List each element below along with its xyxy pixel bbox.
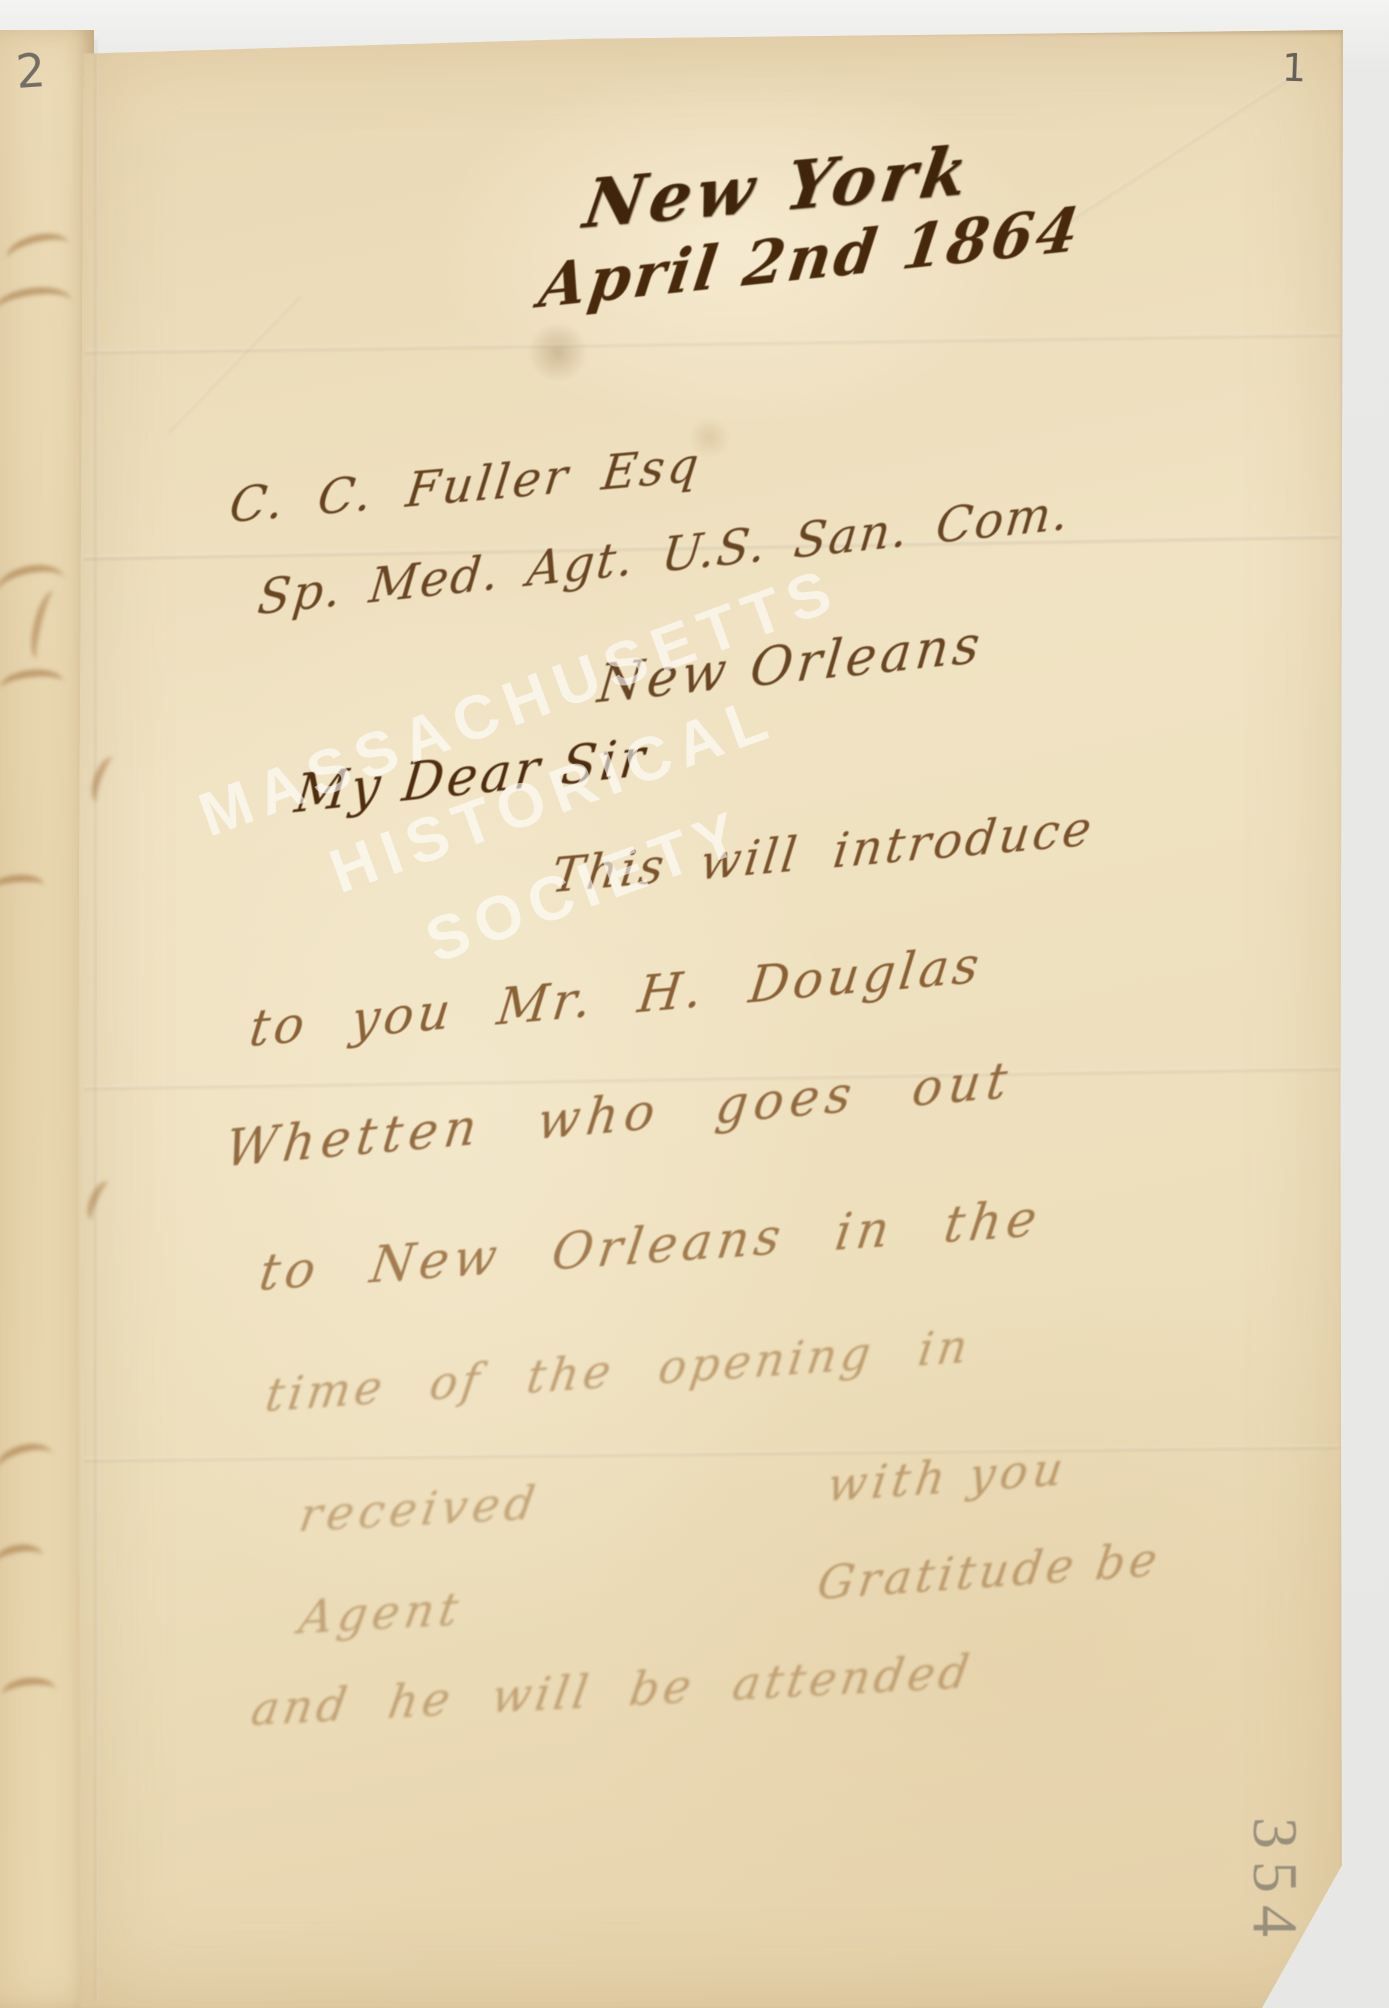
page-number-pencil-right: 1 xyxy=(1281,46,1307,91)
ink-bleed-mark xyxy=(1,1675,58,1709)
scanned-letter: New York April 2nd 1864 C. C. Fuller Esq… xyxy=(0,0,1389,2008)
ink-bleed-mark xyxy=(3,228,73,276)
catalog-stamp-wrap: 354 xyxy=(1190,1798,1360,1968)
catalog-stamp-number: 354 xyxy=(1238,1817,1312,1949)
page-number-pencil-left: 2 xyxy=(14,43,47,99)
ink-bleed-mark xyxy=(0,1541,46,1580)
fold-crease xyxy=(95,40,98,2000)
ink-bleed-mark xyxy=(0,667,65,705)
body-line-7-left-faint: Agent xyxy=(296,1581,467,1644)
ink-bleed-mark xyxy=(0,873,45,900)
ink-bleed-mark xyxy=(0,283,74,330)
ink-bleed-mark xyxy=(0,1438,58,1488)
